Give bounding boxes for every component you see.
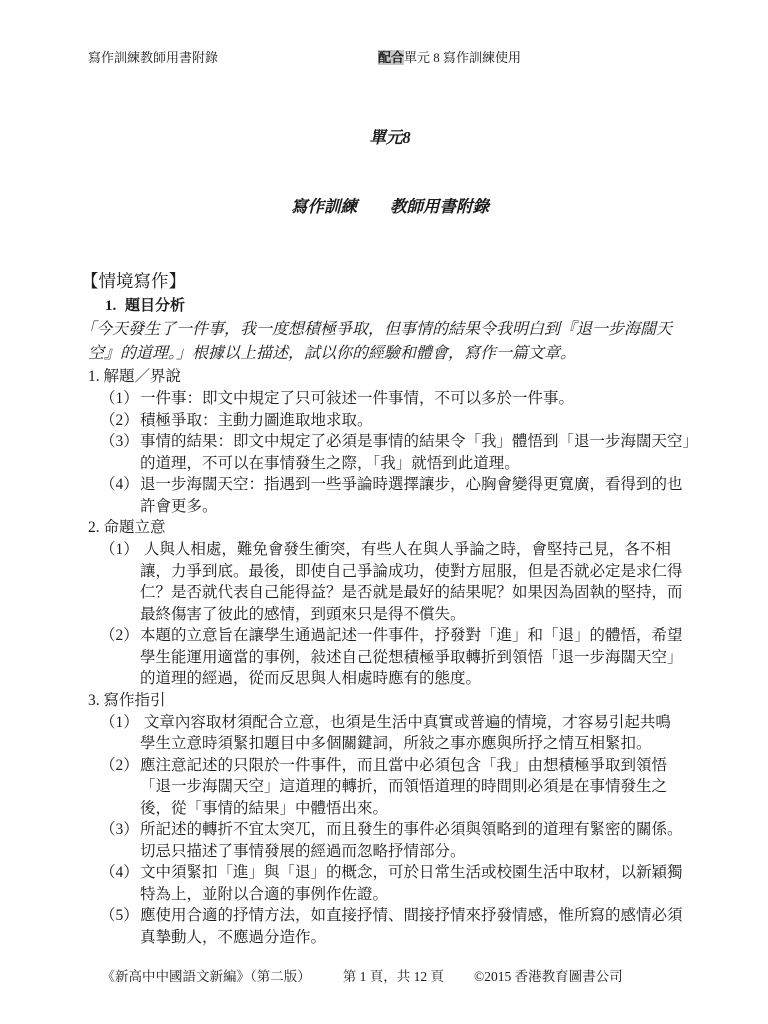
subsection-title: 3. 寫作指引 <box>88 690 692 712</box>
item-text: 本題的立意旨在讓學生通過記述一件事件，抒發對「進」和「退」的體悟，希望學生能運用… <box>140 625 692 690</box>
item-number: （1） <box>100 712 140 734</box>
section-bracket-heading: 【情境寫作】 <box>81 268 692 295</box>
heading-number: 1. <box>105 295 125 318</box>
item-text: 一件事：即文中規定了只可敍述一件事情，不可以多於一件事。 <box>140 388 692 410</box>
document-page: 寫作訓練教師用書附錄 配合單元 8 寫作訓練使用 單元8 寫作訓練 教師用書附錄… <box>0 0 768 1024</box>
item-number: （1） <box>100 388 140 410</box>
subsection-title: 1. 解題／界說 <box>88 366 692 388</box>
unit-title: 單元8 <box>88 126 692 149</box>
footer-copyright: ©2015 香港教育圖書公司 <box>474 969 623 984</box>
item-number: （2） <box>100 410 140 432</box>
item-text: 人與人相處，難免會發生衝突，有些人在與人爭論之時，會堅持己見，各不相讓，力爭到底… <box>140 539 692 625</box>
subsection-explanation: 1. 解題／界說 （1） 一件事：即文中規定了只可敍述一件事情，不可以多於一件事… <box>88 366 692 517</box>
item-number: （2） <box>100 625 140 647</box>
header-highlight-text: 配合 <box>378 50 404 65</box>
heading-label: 題目分析 <box>125 298 185 314</box>
item-text: 應注意記述的只限於一件事件，而且當中必須包含「我」由想積極爭取到領悟「退一步海闊… <box>140 755 692 820</box>
header-right-text: 配合單元 8 寫作訓練使用 <box>378 49 521 66</box>
item-number: （4） <box>100 862 140 884</box>
item-number: （4） <box>100 474 140 496</box>
list-item: （5） 應使用合適的抒情方法，如直接抒情、間接抒情來抒發情感，惟所寫的感情必須真… <box>88 905 692 948</box>
footer-page-number: 第 1 頁，共 12 頁 <box>343 969 444 984</box>
list-item: （4） 文中須緊扣「進」與「退」的概念，可於日常生活或校園生活中取材，以新穎獨特… <box>88 862 692 905</box>
page-header: 寫作訓練教師用書附錄 配合單元 8 寫作訓練使用 <box>88 49 692 66</box>
item-number: （3） <box>100 431 140 453</box>
item-text: 文章內容取材須配合立意，也須是生活中真實或普遍的情境，才容易引起共鳴 學生立意時… <box>140 712 692 755</box>
subsection-theme: 2. 命題立意 （1） 人與人相處，難免會發生衝突，有些人在與人爭論之時，會堅持… <box>88 517 692 690</box>
list-item: （3） 所記述的轉折不宜太突兀，而且發生的事件必須與領略到的道理有緊密的關係。切… <box>88 819 692 862</box>
list-item: （2） 積極爭取：主動力圖進取地求取。 <box>88 410 692 432</box>
subsection-title: 2. 命題立意 <box>88 517 692 539</box>
list-item: （2） 本題的立意旨在讓學生通過記述一件事件，抒發對「進」和「退」的體悟，希望學… <box>88 625 692 690</box>
document-body: 單元8 寫作訓練 教師用書附錄 【情境寫作】 1.題目分析 「今天發生了一件事，… <box>88 80 692 948</box>
footer-book-title: 《新高中中國語文新編》（第二版） <box>102 969 311 984</box>
item-text: 所記述的轉折不宜太突兀，而且發生的事件必須與領略到的道理有緊密的關係。切忌只描述… <box>140 819 692 862</box>
list-item: （4） 退一步海闊天空：指遇到一些爭論時選擇讓步，心胸會變得更寬廣，看得到的也許… <box>88 474 692 517</box>
list-item: （3） 事情的結果：即文中規定了必須是事情的結果令「我」體悟到「退一步海闊天空」… <box>88 431 692 474</box>
item-text: 文中須緊扣「進」與「退」的概念，可於日常生活或校園生活中取材，以新穎獨特為上，並… <box>140 862 692 905</box>
document-title: 單元8 寫作訓練 教師用書附錄 <box>88 80 692 264</box>
list-item: （2） 應注意記述的只限於一件事件，而且當中必須包含「我」由想積極爭取到領悟「退… <box>88 755 692 820</box>
item-text: 事情的結果：即文中規定了必須是事情的結果令「我」體悟到「退一步海闊天空」的道理，… <box>140 431 692 474</box>
header-right-rest: 單元 8 寫作訓練使用 <box>404 50 521 65</box>
page-footer: 《新高中中國語文新編》（第二版）第 1 頁，共 12 頁©2015 香港教育圖書… <box>88 951 692 1002</box>
list-item: （1） 一件事：即文中規定了只可敍述一件事情，不可以多於一件事。 <box>88 388 692 410</box>
topic-analysis-heading: 1.題目分析 <box>88 295 692 318</box>
list-item: （1） 人與人相處，難免會發生衝突，有些人在與人爭論之時，會堅持己見，各不相讓，… <box>88 539 692 625</box>
subsection-guidelines: 3. 寫作指引 （1） 文章內容取材須配合立意，也須是生活中真實或普遍的情境，才… <box>88 690 692 949</box>
list-item: （1） 文章內容取材須配合立意，也須是生活中真實或普遍的情境，才容易引起共鳴 學… <box>88 712 692 755</box>
document-subtitle: 寫作訓練 教師用書附錄 <box>88 195 692 218</box>
writing-prompt-paragraph: 「今天發生了一件事，我一度想積極爭取，但事情的結果令我明白到『退一步海闊天空』的… <box>88 318 692 366</box>
item-text: 應使用合適的抒情方法，如直接抒情、間接抒情來抒發情感，惟所寫的感情必須真摯動人，… <box>140 905 692 948</box>
item-number: （5） <box>100 905 140 927</box>
item-text: 積極爭取：主動力圖進取地求取。 <box>140 410 692 432</box>
item-text: 退一步海闊天空：指遇到一些爭論時選擇讓步，心胸會變得更寬廣，看得到的也許會更多。 <box>140 474 692 517</box>
item-number: （2） <box>100 755 140 777</box>
item-number: （3） <box>100 819 140 841</box>
header-left-text: 寫作訓練教師用書附錄 <box>88 50 218 65</box>
item-number: （1） <box>100 539 140 561</box>
